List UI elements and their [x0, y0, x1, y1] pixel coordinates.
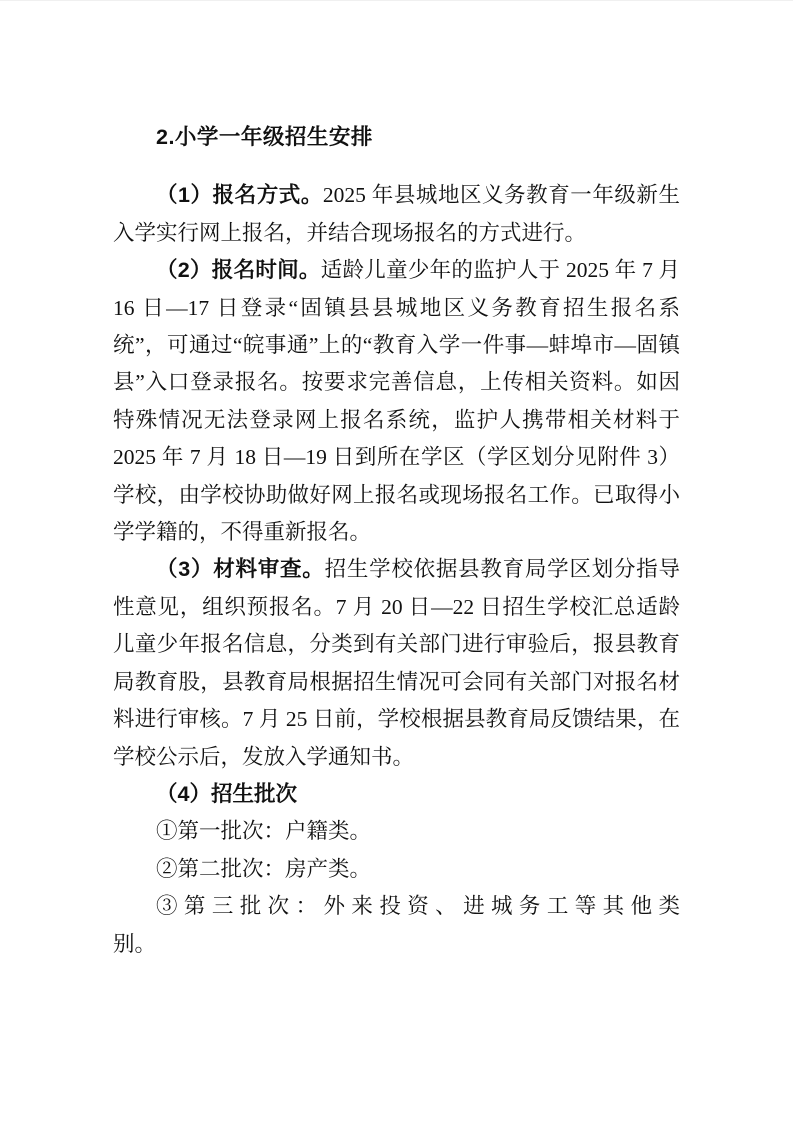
section-heading: 2.小学一年级招生安排: [113, 119, 680, 156]
paragraph-registration-time: （2）报名时间。适龄儿童少年的监护人于 2025 年 7 月 16 日—17 日…: [113, 252, 680, 551]
batch-list-item-3-line-1: ③第三批次：外来投资、进城务工等其他类: [113, 888, 680, 925]
paragraph-lead: （1）报名方式。: [156, 183, 323, 207]
paragraph-lead: （4）招生批次: [156, 782, 297, 806]
paragraph-registration-method: （1）报名方式。2025 年县城地区义务教育一年级新生入学实行网上报名，并结合现…: [113, 177, 680, 252]
batch-list-item-1: ①第一批次：户籍类。: [113, 813, 680, 850]
paragraph-text: 适龄儿童少年的监护人于 2025 年 7 月 16 日—17 日登录“固镇县县城…: [113, 258, 680, 544]
paragraph-lead: （3）材料审查。: [156, 557, 325, 581]
paragraph-enrollment-batches-heading: （4）招生批次: [113, 776, 680, 813]
paragraph-material-review: （3）材料审查。招生学校依据县教育局学区划分指导性意见，组织预报名。7 月 20…: [113, 551, 680, 775]
batch-list-item-3-line-2: 别。: [113, 926, 680, 963]
batch-list-item-2: ②第二批次：房产类。: [113, 851, 680, 888]
document-text-block: 2.小学一年级招生安排 （1）报名方式。2025 年县城地区义务教育一年级新生入…: [113, 97, 680, 963]
document-page: 2.小学一年级招生安排 （1）报名方式。2025 年县城地区义务教育一年级新生入…: [0, 0, 793, 1123]
paragraph-text: 招生学校依据县教育局学区划分指导性意见，组织预报名。7 月 20 日—22 日招…: [113, 557, 680, 768]
paragraph-lead: （2）报名时间。: [156, 258, 321, 282]
